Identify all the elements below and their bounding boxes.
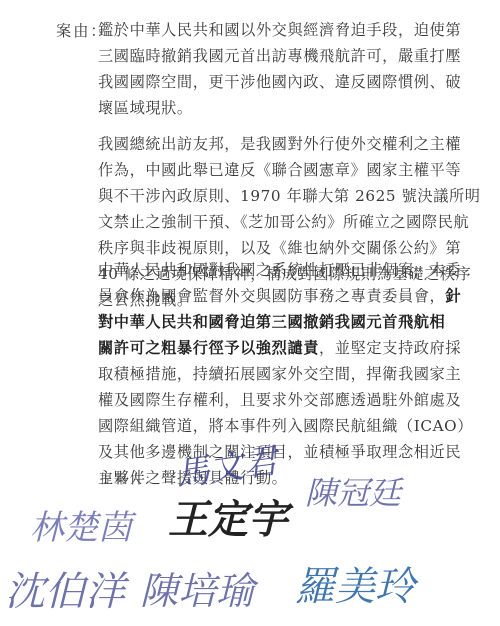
text-bold: 針 (445, 287, 461, 305)
text-normal: ，並堅定支持政府採 (319, 339, 461, 357)
text-normal: 員會作為國會監督外交與國防事務之專責委員會， (98, 287, 445, 305)
text-line: 秩序與非歧視原則，以及《維也納外交關係公約》第 (98, 238, 461, 258)
signature: 林楚茵 (30, 500, 132, 549)
text-line-bold: 對中華人民共和國脅迫第三國撤銷我國元首飛航相 (98, 312, 445, 332)
text-line: 關許可之粗暴行徑予以強烈譴責，並堅定支持政府採 (98, 338, 461, 358)
text-line: 中華人民共和國對我國之系統性打壓已非個案，本委 (98, 260, 461, 280)
signature: 陳培瑜 (140, 560, 254, 615)
text-bold: 關許可之粗暴行徑予以強烈譴責 (98, 339, 319, 357)
signature: 羅美玲 (295, 555, 415, 612)
text-line: 權及國際生存權利，且要求外交部應透過駐外館處及 (98, 390, 461, 410)
text-line: 壞區域現狀。 (98, 98, 193, 118)
text-line: 我國總統出訪友邦，是我國對外行使外交權利之主權 (98, 134, 461, 154)
text-line: 員會作為國會監督外交與國防事務之專責委員會，針 (98, 286, 461, 306)
text-line: 與不干涉內政原則、1970 年聯大第 2625 號決議所明 (98, 186, 481, 206)
text-line: 及其他多邊機制之關注項目，並積極爭取理念相近民 (98, 442, 461, 462)
text-line: 取積極措施，持續拓展國家外交空間，捍衛我國家主 (98, 364, 461, 384)
text-normal: 中華人民共和國對我國之系統性打壓已非個案，本委 (98, 261, 461, 279)
text-line: 文禁止之強制干預、《芝加哥公約》所確立之國際民航 (98, 212, 469, 232)
proposer-label: 提案人： (100, 470, 160, 487)
text-line: 作為，中國此舉已違反《聯合國憲章》國家主權平等 (98, 160, 461, 180)
text-line: 我國國際空間，更干涉他國內政、違反國際慣例、破 (98, 72, 461, 92)
text-line: 國際組織管道，將本事件列入國際民航組織（ICAO） (98, 416, 473, 436)
signature: 王定宇 (168, 488, 288, 545)
text-line: 鑑於中華人民共和國以外交與經濟脅迫手段，迫使第 (98, 20, 461, 40)
signature: 陳冠廷 (305, 468, 401, 514)
text-line: 三國臨時撤銷我國元首出訪專機飛航許可，嚴重打壓 (98, 46, 461, 66)
signature: 沈伯洋 (5, 560, 125, 617)
